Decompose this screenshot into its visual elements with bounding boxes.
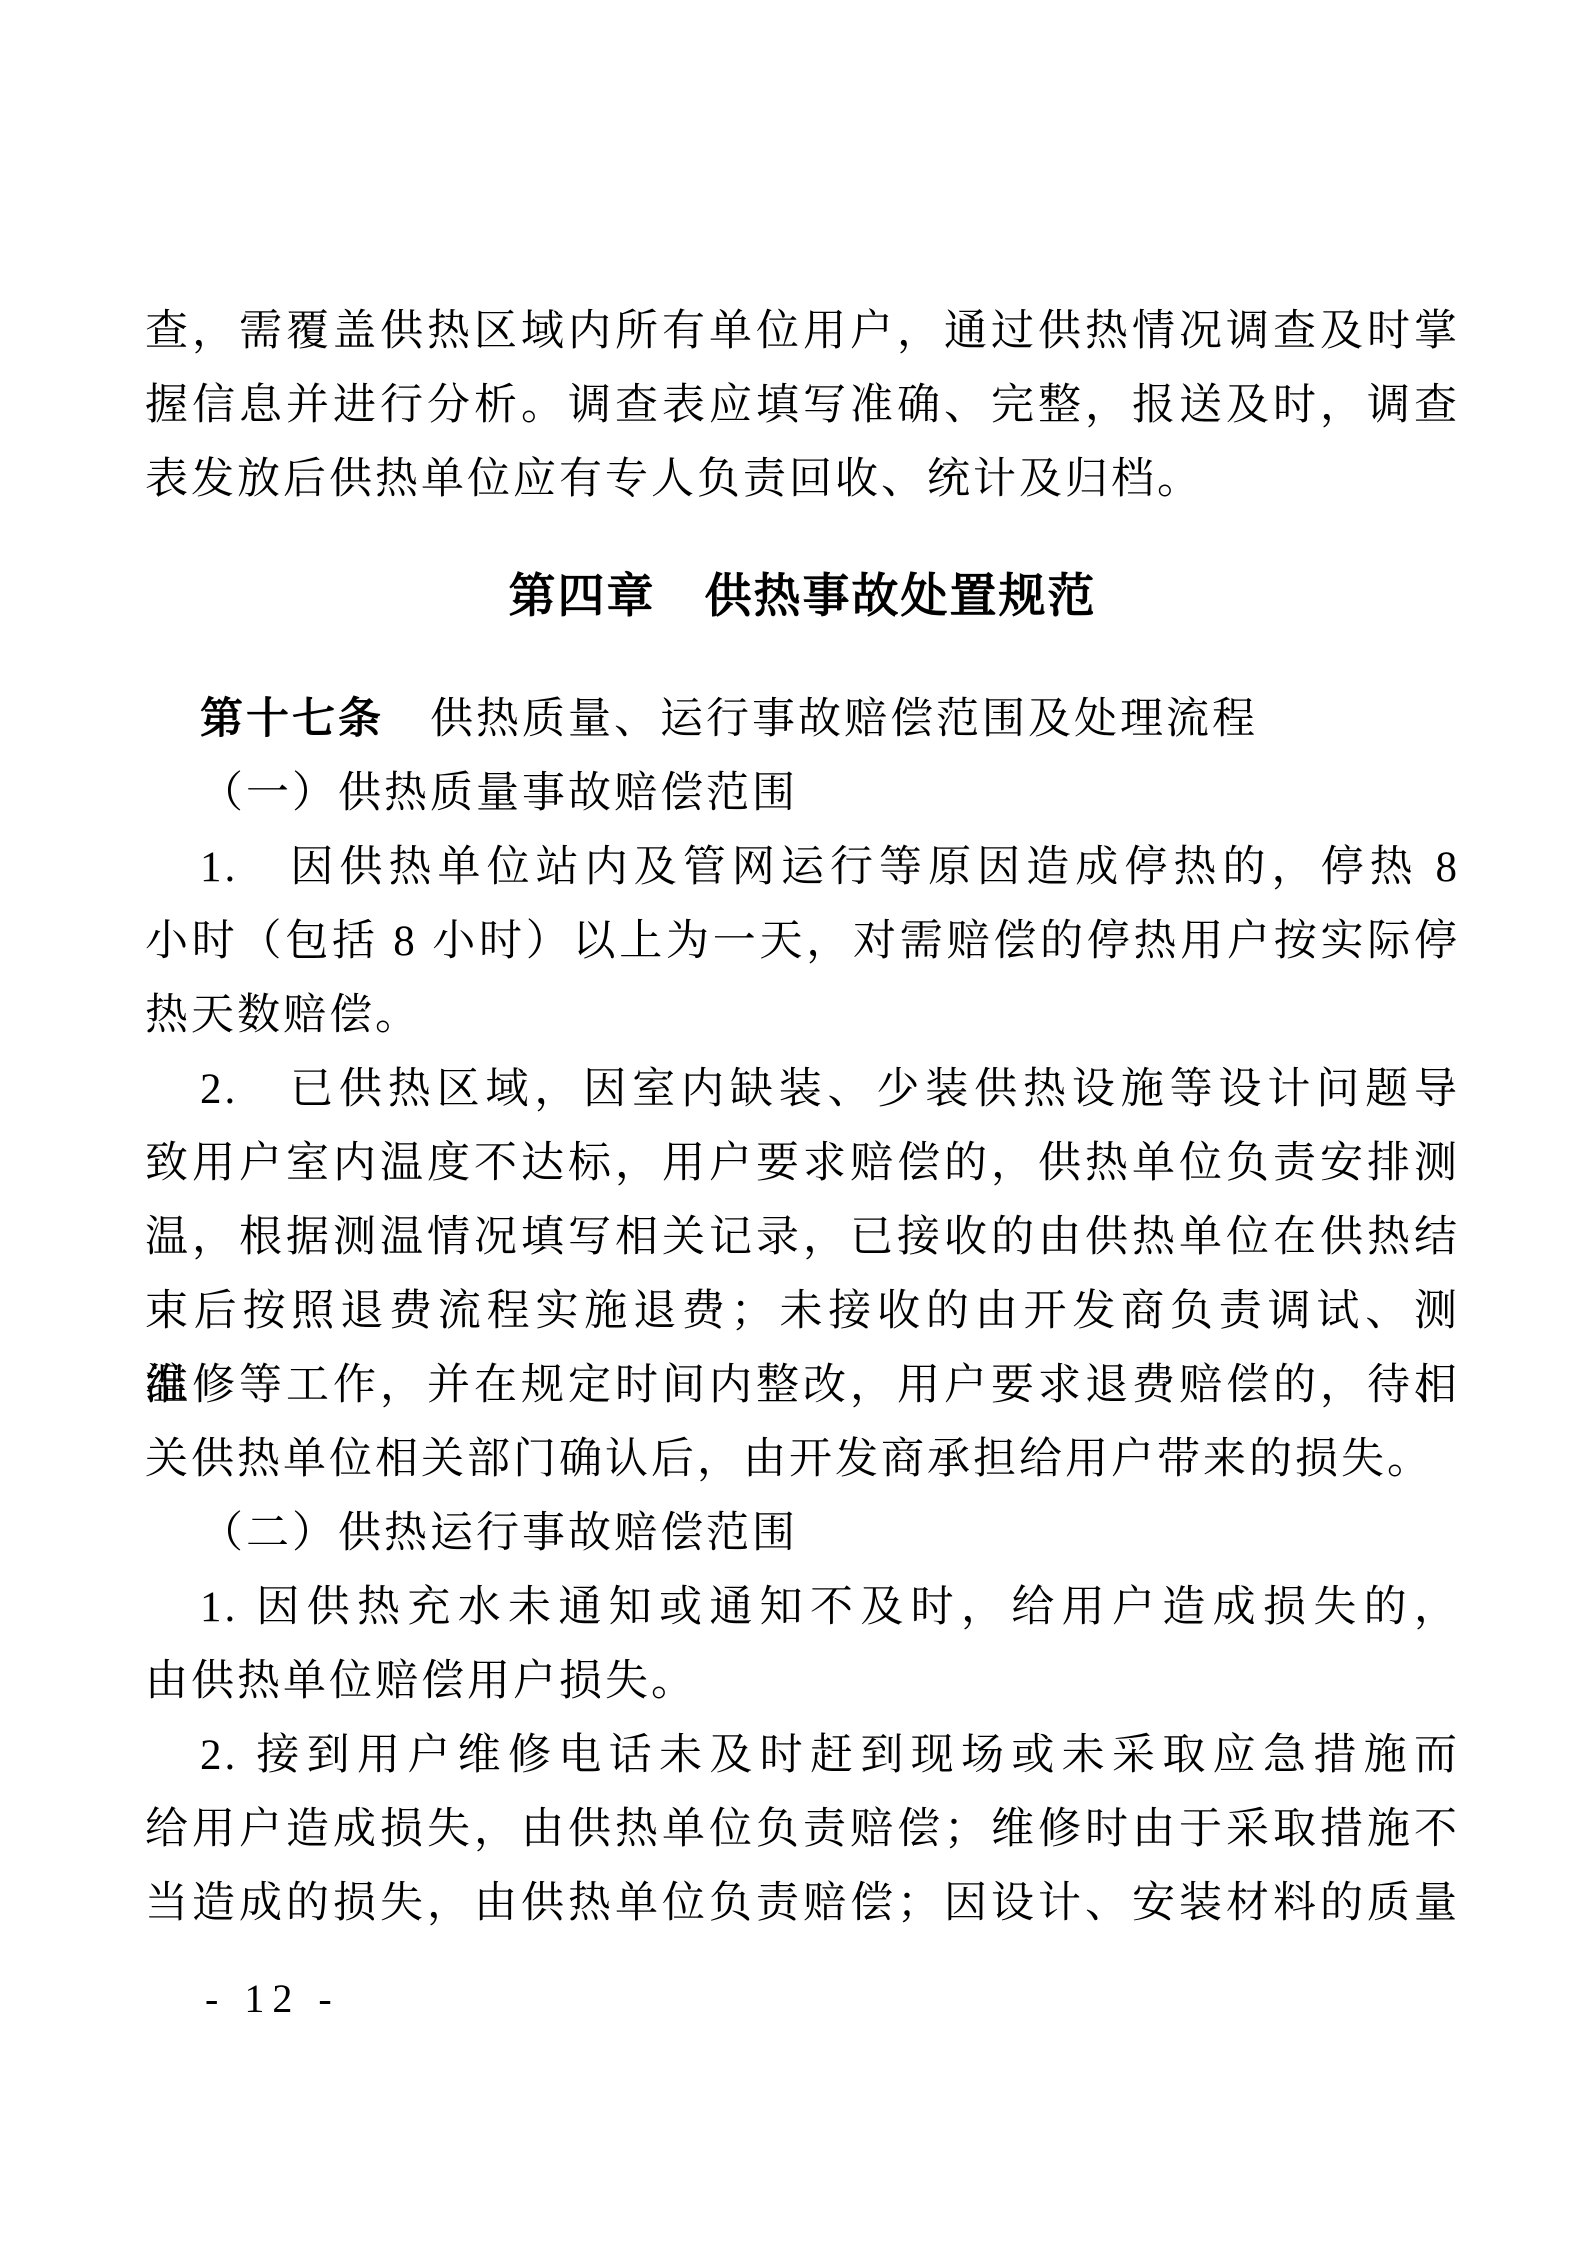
text-line: 由供热单位赔偿用户损失。 bbox=[145, 1645, 1460, 1719]
text-line: 2. 接到用户维修电话未及时赶到现场或未采取应急措施而 bbox=[145, 1719, 1460, 1793]
text-line: 热天数赔偿。 bbox=[145, 979, 1460, 1053]
text-line: 握信息并进行分析。调查表应填写准确、完整，报送及时，调查 bbox=[145, 369, 1460, 443]
text-line: 第十七条 供热质量、运行事故赔偿范围及处理流程 bbox=[145, 683, 1460, 757]
text-line: 给用户造成损失，由供热单位负责赔偿；维修时由于采取措施不 bbox=[145, 1793, 1460, 1867]
chapter-heading: 第四章 供热事故处置规范 bbox=[145, 557, 1460, 637]
text-line: 2. 已供热区域，因室内缺装、少装供热设施等设计问题导 bbox=[145, 1053, 1460, 1127]
bold-article-term: 第十七条 bbox=[200, 696, 384, 743]
text-line: （一）供热质量事故赔偿范围 bbox=[145, 757, 1460, 831]
document-page: 查，需覆盖供热区域内所有单位用户，通过供热情况调查及时掌握信息并进行分析。调查表… bbox=[0, 0, 1587, 2245]
text-line: 1. 因供热充水未通知或通知不及时，给用户造成损失的， bbox=[145, 1571, 1460, 1645]
text-line: （二）供热运行事故赔偿范围 bbox=[145, 1497, 1460, 1571]
text-line: 致用户室内温度不达标，用户要求赔偿的，供热单位负责安排测 bbox=[145, 1127, 1460, 1201]
text-line: 维修等工作，并在规定时间内整改，用户要求退费赔偿的，待相 bbox=[145, 1349, 1460, 1423]
text-line: 温，根据测温情况填写相关记录，已接收的由供热单位在供热结 bbox=[145, 1201, 1460, 1275]
text-line: 关供热单位相关部门确认后，由开发商承担给用户带来的损失。 bbox=[145, 1423, 1460, 1497]
text-line: 当造成的损失，由供热单位负责赔偿；因设计、安装材料的质量 bbox=[145, 1867, 1460, 1941]
text-line: 小时（包括 8 小时）以上为一天，对需赔偿的停热用户按实际停 bbox=[145, 905, 1460, 979]
text-line: 束后按照退费流程实施退费；未接收的由开发商负责调试、测温、 bbox=[145, 1275, 1460, 1349]
text-line: 查，需覆盖供热区域内所有单位用户，通过供热情况调查及时掌 bbox=[145, 295, 1460, 369]
document-body: 查，需覆盖供热区域内所有单位用户，通过供热情况调查及时掌握信息并进行分析。调查表… bbox=[145, 295, 1460, 1941]
text-line: 1. 因供热单位站内及管网运行等原因造成停热的，停热 8 bbox=[145, 831, 1460, 905]
page-number: - 12 - bbox=[205, 1975, 340, 2022]
text-line: 表发放后供热单位应有专人负责回收、统计及归档。 bbox=[145, 443, 1460, 517]
